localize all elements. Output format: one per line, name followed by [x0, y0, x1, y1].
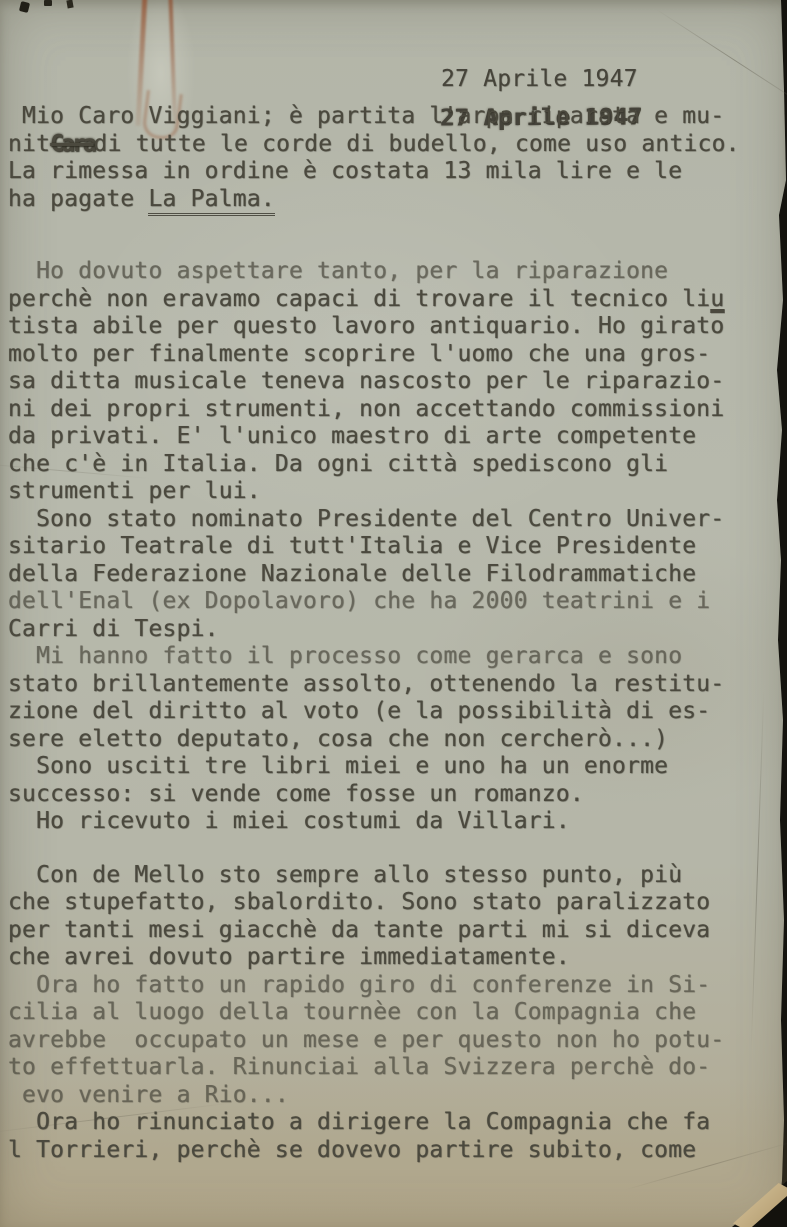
letter-segment: l Torrieri, perchè se dovevo partire sub…	[8, 1137, 696, 1163]
paragraph: Con de Mello sto sempre allo stesso punt…	[8, 862, 768, 972]
letter-line: to effettuarla. Rinunciai alla Svizzera …	[8, 1054, 768, 1082]
letter-line: ha pagate La Palma.	[8, 186, 768, 214]
letter-segment: che c'è in Italia. Da ogni città spedisc…	[8, 451, 668, 477]
letter-segment: Ho ricevuto i miei costumi da Villari.	[8, 808, 570, 834]
letter-line: Ora ho fatto un rapido giro di conferenz…	[8, 972, 768, 1000]
letter-segment: Ora ho rinunciato a dirigere la Compagni…	[8, 1109, 710, 1135]
letter-segment: dell'Enal (ex Dopolavoro) che ha 2000 te…	[8, 588, 710, 614]
letter-line: per tanti mesi giacchè da tante parti mi…	[8, 917, 768, 945]
letter-line: nitCaradi tutte le corde di budello, com…	[8, 131, 768, 159]
scanned-letter-page: 27 Aprile 1947 27 Aprile 1947 Mio Caro V…	[0, 0, 787, 1227]
letter-line: Carri di Tespi.	[8, 616, 768, 644]
letter-line: della Federazione Nazionale delle Filodr…	[8, 561, 768, 589]
letter-segment: ha pagate	[8, 186, 148, 212]
letter-segment-du: La Palma.	[148, 186, 274, 216]
letter-segment: ni dei propri strumenti, non accettando …	[8, 396, 724, 422]
letter-line: sere eletto deputato, cosa che non cerch…	[8, 726, 768, 754]
paragraph: Ora ho fatto un rapido giro di conferenz…	[8, 972, 768, 1110]
letter-segment: Mio Caro Viggiani; è partita l'arpa ripa…	[8, 103, 724, 129]
letter-line: Con de Mello sto sempre allo stesso punt…	[8, 862, 768, 890]
paragraph: Mio Caro Viggiani; è partita l'arpa ripa…	[8, 103, 768, 213]
letter-segment: perchè non eravamo capaci di trovare il …	[8, 286, 710, 312]
letter-segment: da privati. E' l'unico maestro di arte c…	[8, 423, 696, 449]
letter-segment: che stupefatto, sbalordito. Sono stato p…	[8, 889, 710, 915]
letter-segment: sere eletto deputato, cosa che non cerch…	[8, 726, 668, 752]
letter-line: successo: si vende come fosse un romanzo…	[8, 781, 768, 809]
letter-line: tista abile per questo lavoro antiquario…	[8, 313, 768, 341]
letter-segment: zione del diritto al voto (e la possibil…	[8, 698, 710, 724]
letter-segment: molto per finalmente scoprire l'uomo che…	[8, 341, 710, 367]
letter-line: Sono usciti tre libri miei e uno ha un e…	[8, 753, 768, 781]
letter-line: Mio Caro Viggiani; è partita l'arpa ripa…	[8, 103, 768, 131]
letter-segment: successo: si vende come fosse un romanzo…	[8, 781, 584, 807]
letter-segment: Ho dovuto aspettare tanto, per la ripara…	[8, 258, 668, 284]
letter-line: molto per finalmente scoprire l'uomo che…	[8, 341, 768, 369]
letter-line: La rimessa in ordine è costata 13 mila l…	[8, 158, 768, 186]
letter-segment: avrebbe occupato un mese e per questo no…	[8, 1027, 724, 1053]
letter-segment-strike: Cara	[50, 131, 93, 157]
letter-segment: evo venire a Rio...	[8, 1082, 289, 1108]
paragraph: Ora ho rinunciato a dirigere la Compagni…	[8, 1109, 768, 1164]
letter-line: perchè non eravamo capaci di trovare il …	[8, 286, 768, 314]
letter-line: dell'Enal (ex Dopolavoro) che ha 2000 te…	[8, 588, 768, 616]
letter-line: che stupefatto, sbalordito. Sono stato p…	[8, 889, 768, 917]
letter-line: Ora ho rinunciato a dirigere la Compagni…	[8, 1109, 768, 1137]
paragraph: Sono usciti tre libri miei e uno ha un e…	[8, 753, 768, 836]
letter-segment: per tanti mesi giacchè da tante parti mi…	[8, 917, 710, 943]
letter-segment: Carri di Tespi.	[8, 616, 219, 642]
letter-segment: Sono stato nominato Presidente del Centr…	[8, 506, 724, 532]
letter-segment: strumenti per lui.	[8, 478, 261, 504]
letter-line: Ho dovuto aspettare tanto, per la ripara…	[8, 258, 768, 286]
letter-segment: to effettuarla. Rinunciai alla Svizzera …	[8, 1054, 710, 1080]
letter-segment-o: o	[710, 313, 724, 339]
letter-line: zione del diritto al voto (e la possibil…	[8, 698, 768, 726]
letter-segment: nit	[8, 131, 50, 157]
letter-line: che c'è in Italia. Da ogni città spedisc…	[8, 451, 768, 479]
letter-segment: sa ditta musicale teneva nascosto per le…	[8, 368, 724, 394]
letter-line: Ho ricevuto i miei costumi da Villari.	[8, 808, 768, 836]
letter-segment: che avrei dovuto partire immediatamente.	[8, 944, 570, 970]
letter-segment: tista abile per questo lavoro antiquario…	[8, 313, 710, 339]
letter-line: sa ditta musicale teneva nascosto per le…	[8, 368, 768, 396]
letter-segment: Con de Mello sto sempre allo stesso punt…	[8, 862, 682, 888]
letter-segment: cilia al luogo della tournèe con la Comp…	[8, 999, 696, 1025]
letter-segment: della Federazione Nazionale delle Filodr…	[8, 561, 696, 587]
letter-segment: sitario Teatrale di tutt'Italia e Vice P…	[8, 533, 696, 559]
letter-date: 27 Aprile 1947	[441, 66, 638, 92]
letter-line: cilia al luogo della tournèe con la Comp…	[8, 999, 768, 1027]
paragraph: Mi hanno fatto il processo come gerarca …	[8, 643, 768, 753]
letter-segment-u: u	[710, 286, 724, 312]
letter-line: sitario Teatrale di tutt'Italia e Vice P…	[8, 533, 768, 561]
letter-line: l Torrieri, perchè se dovevo partire sub…	[8, 1137, 768, 1165]
paragraph: Sono stato nominato Presidente del Centr…	[8, 506, 768, 644]
letter-line: che avrei dovuto partire immediatamente.	[8, 944, 768, 972]
letter-line: evo venire a Rio...	[8, 1082, 768, 1110]
letter-segment: Sono usciti tre libri miei e uno ha un e…	[8, 753, 668, 779]
letter-line: stato brillantemente assolto, ottenendo …	[8, 671, 768, 699]
letter-line: ni dei propri strumenti, non accettando …	[8, 396, 768, 424]
letter-body: Mio Caro Viggiani; è partita l'arpa ripa…	[8, 103, 768, 1164]
letter-segment: La rimessa in ordine è costata 13 mila l…	[8, 158, 682, 184]
letter-line: strumenti per lui.	[8, 478, 768, 506]
letter-segment: stato brillantemente assolto, ottenendo …	[8, 671, 724, 697]
letter-segment: Ora ho fatto un rapido giro di conferenz…	[8, 972, 710, 998]
letter-line: Mi hanno fatto il processo come gerarca …	[8, 643, 768, 671]
letter-line: avrebbe occupato un mese e per questo no…	[8, 1027, 768, 1055]
letter-segment: Mi hanno fatto il processo come gerarca …	[8, 643, 682, 669]
letter-segment: di tutte le corde di budello, come uso a…	[94, 131, 740, 157]
letter-line: da privati. E' l'unico maestro di arte c…	[8, 423, 768, 451]
letter-line: Sono stato nominato Presidente del Centr…	[8, 506, 768, 534]
paragraph: Ho dovuto aspettare tanto, per la ripara…	[8, 258, 768, 506]
